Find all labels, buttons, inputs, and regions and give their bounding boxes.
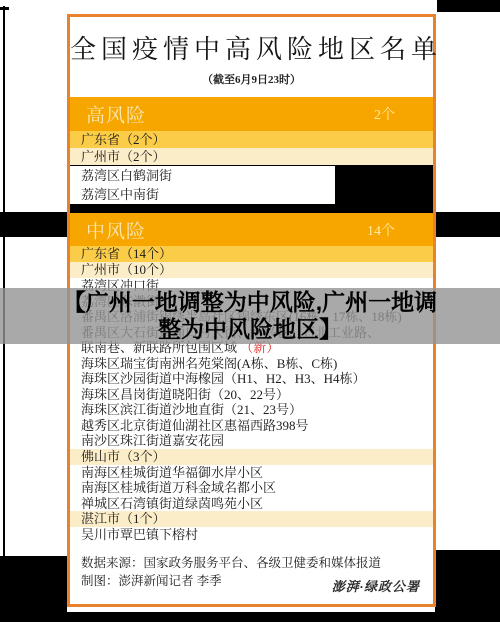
risk-row: 荔湾区白鹤洞街 [70,166,335,185]
frame-topleft-tick [0,7,9,10]
frame-topright-band [437,0,500,12]
risk-row: 海珠区滨江街道沙地直街（21、23号） [70,402,433,418]
risk-row: 广州市（2个） [70,148,433,165]
risk-row: 湛江市（1个） [70,511,433,527]
risk-row: 佛山市（3个） [70,449,433,465]
frame-left-line [3,6,5,556]
risk-row: 南沙区珠江街道嘉安花园 [70,433,433,449]
paper-logo: 澎湃·绿政公署 [332,576,420,595]
risk-row: 广东省（14个） [70,246,433,262]
risk-row: 广州市（10个） [70,262,433,278]
risk-row: 海珠区瑞宝街南洲名苑棠阁(A栋、B栋、C栋) [70,356,433,372]
high-risk-count: 2个 [374,104,395,124]
high-risk-group-rows: 广东省（2个）广州市（2个） [70,131,433,165]
risk-row: 吴川市覃巴镇下榕村 [70,527,433,543]
headline-line1: 【广州一地调整为中风险,广州一地调 [63,289,437,316]
high-risk-label: 高风险 [86,101,146,128]
high-risk-street-box: 荔湾区白鹤洞街荔湾区中南街 [70,166,335,204]
headline-line2: 整为中风险地区】 [158,316,342,343]
risk-row: 荔湾区中南街 [70,185,335,204]
risk-row: 海珠区沙园街道中海橡园（H1、H2、H3、H4栋） [70,371,433,387]
page-subtitle: （截至6月9日23时） [70,71,433,87]
infographic-page: 全国疫情中高风险地区名单 （截至6月9日23时） 高风险 2个 广东省（2个）广… [0,0,500,622]
high-risk-section-header: 高风险 2个 [70,97,433,131]
risk-row: 南海区桂城街道万科金域名都小区 [70,480,433,496]
risk-row: 禅城区石湾镇街道绿茵鸣苑小区 [70,496,433,512]
risk-row: 海珠区昌岗街道晓阳街（20、22号） [70,387,433,403]
risk-row: 南海区桂城街道华福御水岸小区 [70,465,433,481]
medium-risk-section-header: 中风险 14个 [70,213,433,246]
medium-risk-label: 中风险 [86,216,146,243]
medium-risk-count: 14个 [367,220,395,240]
page-title: 全国疫情中高风险地区名单 [70,29,433,66]
frame-bottom-band [0,612,500,622]
headline-overlay: 【广州一地调整为中风险,广州一地调 整为中风险地区】 [0,288,500,344]
data-source-note: 数据来源：国家政务服务平台、各级卫健委和媒体报道 [81,553,431,571]
risk-row: 广东省（2个） [70,131,433,148]
risk-row: 越秀区北京街道仙湖社区惠福西路398号 [70,418,433,434]
